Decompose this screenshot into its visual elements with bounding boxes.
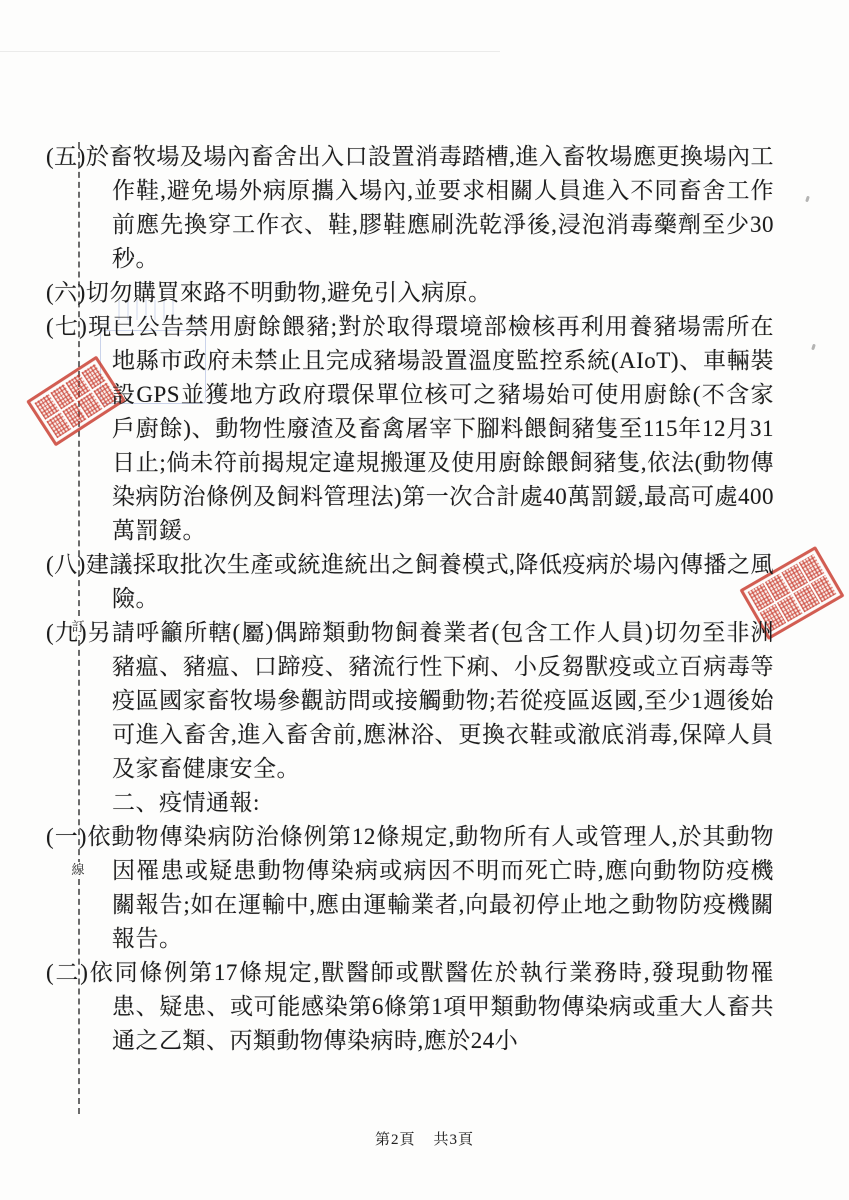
section-heading-2-label: 二、 <box>112 790 159 815</box>
item-5: (五)於畜牧場及場內畜舍出入口設置消毒踏槽,進入畜牧場應更換場內工作鞋,避免場外… <box>112 140 774 276</box>
item-8-text: 建議採取批次生產或統進統出之飼養模式,降低疫病於場內傳播之風險。 <box>86 552 774 611</box>
section-heading-2-text: 疫情通報: <box>159 790 260 815</box>
item-7: (七)現已公告禁用廚餘餵豬;對於取得環境部檢核再利用養豬場需所在地縣市政府未禁止… <box>112 310 774 548</box>
item-7-text: 現已公告禁用廚餘餵豬;對於取得環境部檢核再利用養豬場需所在地縣市政府未禁止且完成… <box>87 314 774 543</box>
item-9-text: 另請呼籲所轄(屬)偶蹄類動物飼養業者(包含工作人員)切勿至非洲豬瘟、豬瘟、口蹄疫… <box>87 620 774 781</box>
section-heading-2: 二、疫情通報: <box>112 786 774 820</box>
footer-total-pages: 共3頁 <box>434 1132 475 1148</box>
binding-mark-xian: 線 <box>67 862 89 878</box>
item-2-2: (二)依同條例第17條規定,獸醫師或獸醫佐於執行業務時,發現動物罹患、疑患、或可… <box>112 956 774 1058</box>
scan-speck <box>811 344 816 351</box>
document-body: (五)於畜牧場及場內畜舍出入口設置消毒踏槽,進入畜牧場應更換場內工作鞋,避免場外… <box>112 140 774 1058</box>
item-5-label: (五) <box>46 144 86 169</box>
scan-speck <box>805 196 810 203</box>
item-6-label: (六) <box>46 280 86 305</box>
item-9: (九)另請呼籲所轄(屬)偶蹄類動物飼養業者(包含工作人員)切勿至非洲豬瘟、豬瘟、… <box>112 616 774 786</box>
item-5-text: 於畜牧場及場內畜舍出入口設置消毒踏槽,進入畜牧場應更換場內工作鞋,避免場外病原攜… <box>86 144 774 271</box>
item-9-label: (九) <box>46 620 87 645</box>
item-6-text: 切勿購買來路不明動物,避免引入病原。 <box>86 280 492 305</box>
item-2-2-text: 依同條例第17條規定,獸醫師或獸醫佐於執行業務時,發現動物罹患、疑患、或可能感染… <box>88 960 774 1053</box>
scan-artifact-line <box>0 51 500 52</box>
item-2-1-label: (一) <box>46 824 87 849</box>
item-7-label: (七) <box>46 314 87 339</box>
footer-page-number: 第2頁 <box>375 1132 416 1148</box>
item-8: (八)建議採取批次生產或統進統出之飼養模式,降低疫病於場內傳播之風險。 <box>112 548 774 616</box>
item-8-label: (八) <box>46 552 86 577</box>
item-6: (六)切勿購買來路不明動物,避免引入病原。 <box>112 276 774 310</box>
item-2-1-text: 依動物傳染病防治條例第12條規定,動物所有人或管理人,於其動物因罹患或疑患動物傳… <box>87 824 774 951</box>
page-footer: 第2頁共3頁 <box>0 1128 849 1149</box>
item-2-1: (一)依動物傳染病防治條例第12條規定,動物所有人或管理人,於其動物因罹患或疑患… <box>112 820 774 956</box>
item-2-2-label: (二) <box>46 960 88 985</box>
scanned-document-page: 訂 線 (五)於畜牧場及場內畜舍出入口設置消毒踏槽,進入畜牧場應更換場內工作鞋,… <box>0 0 849 1200</box>
